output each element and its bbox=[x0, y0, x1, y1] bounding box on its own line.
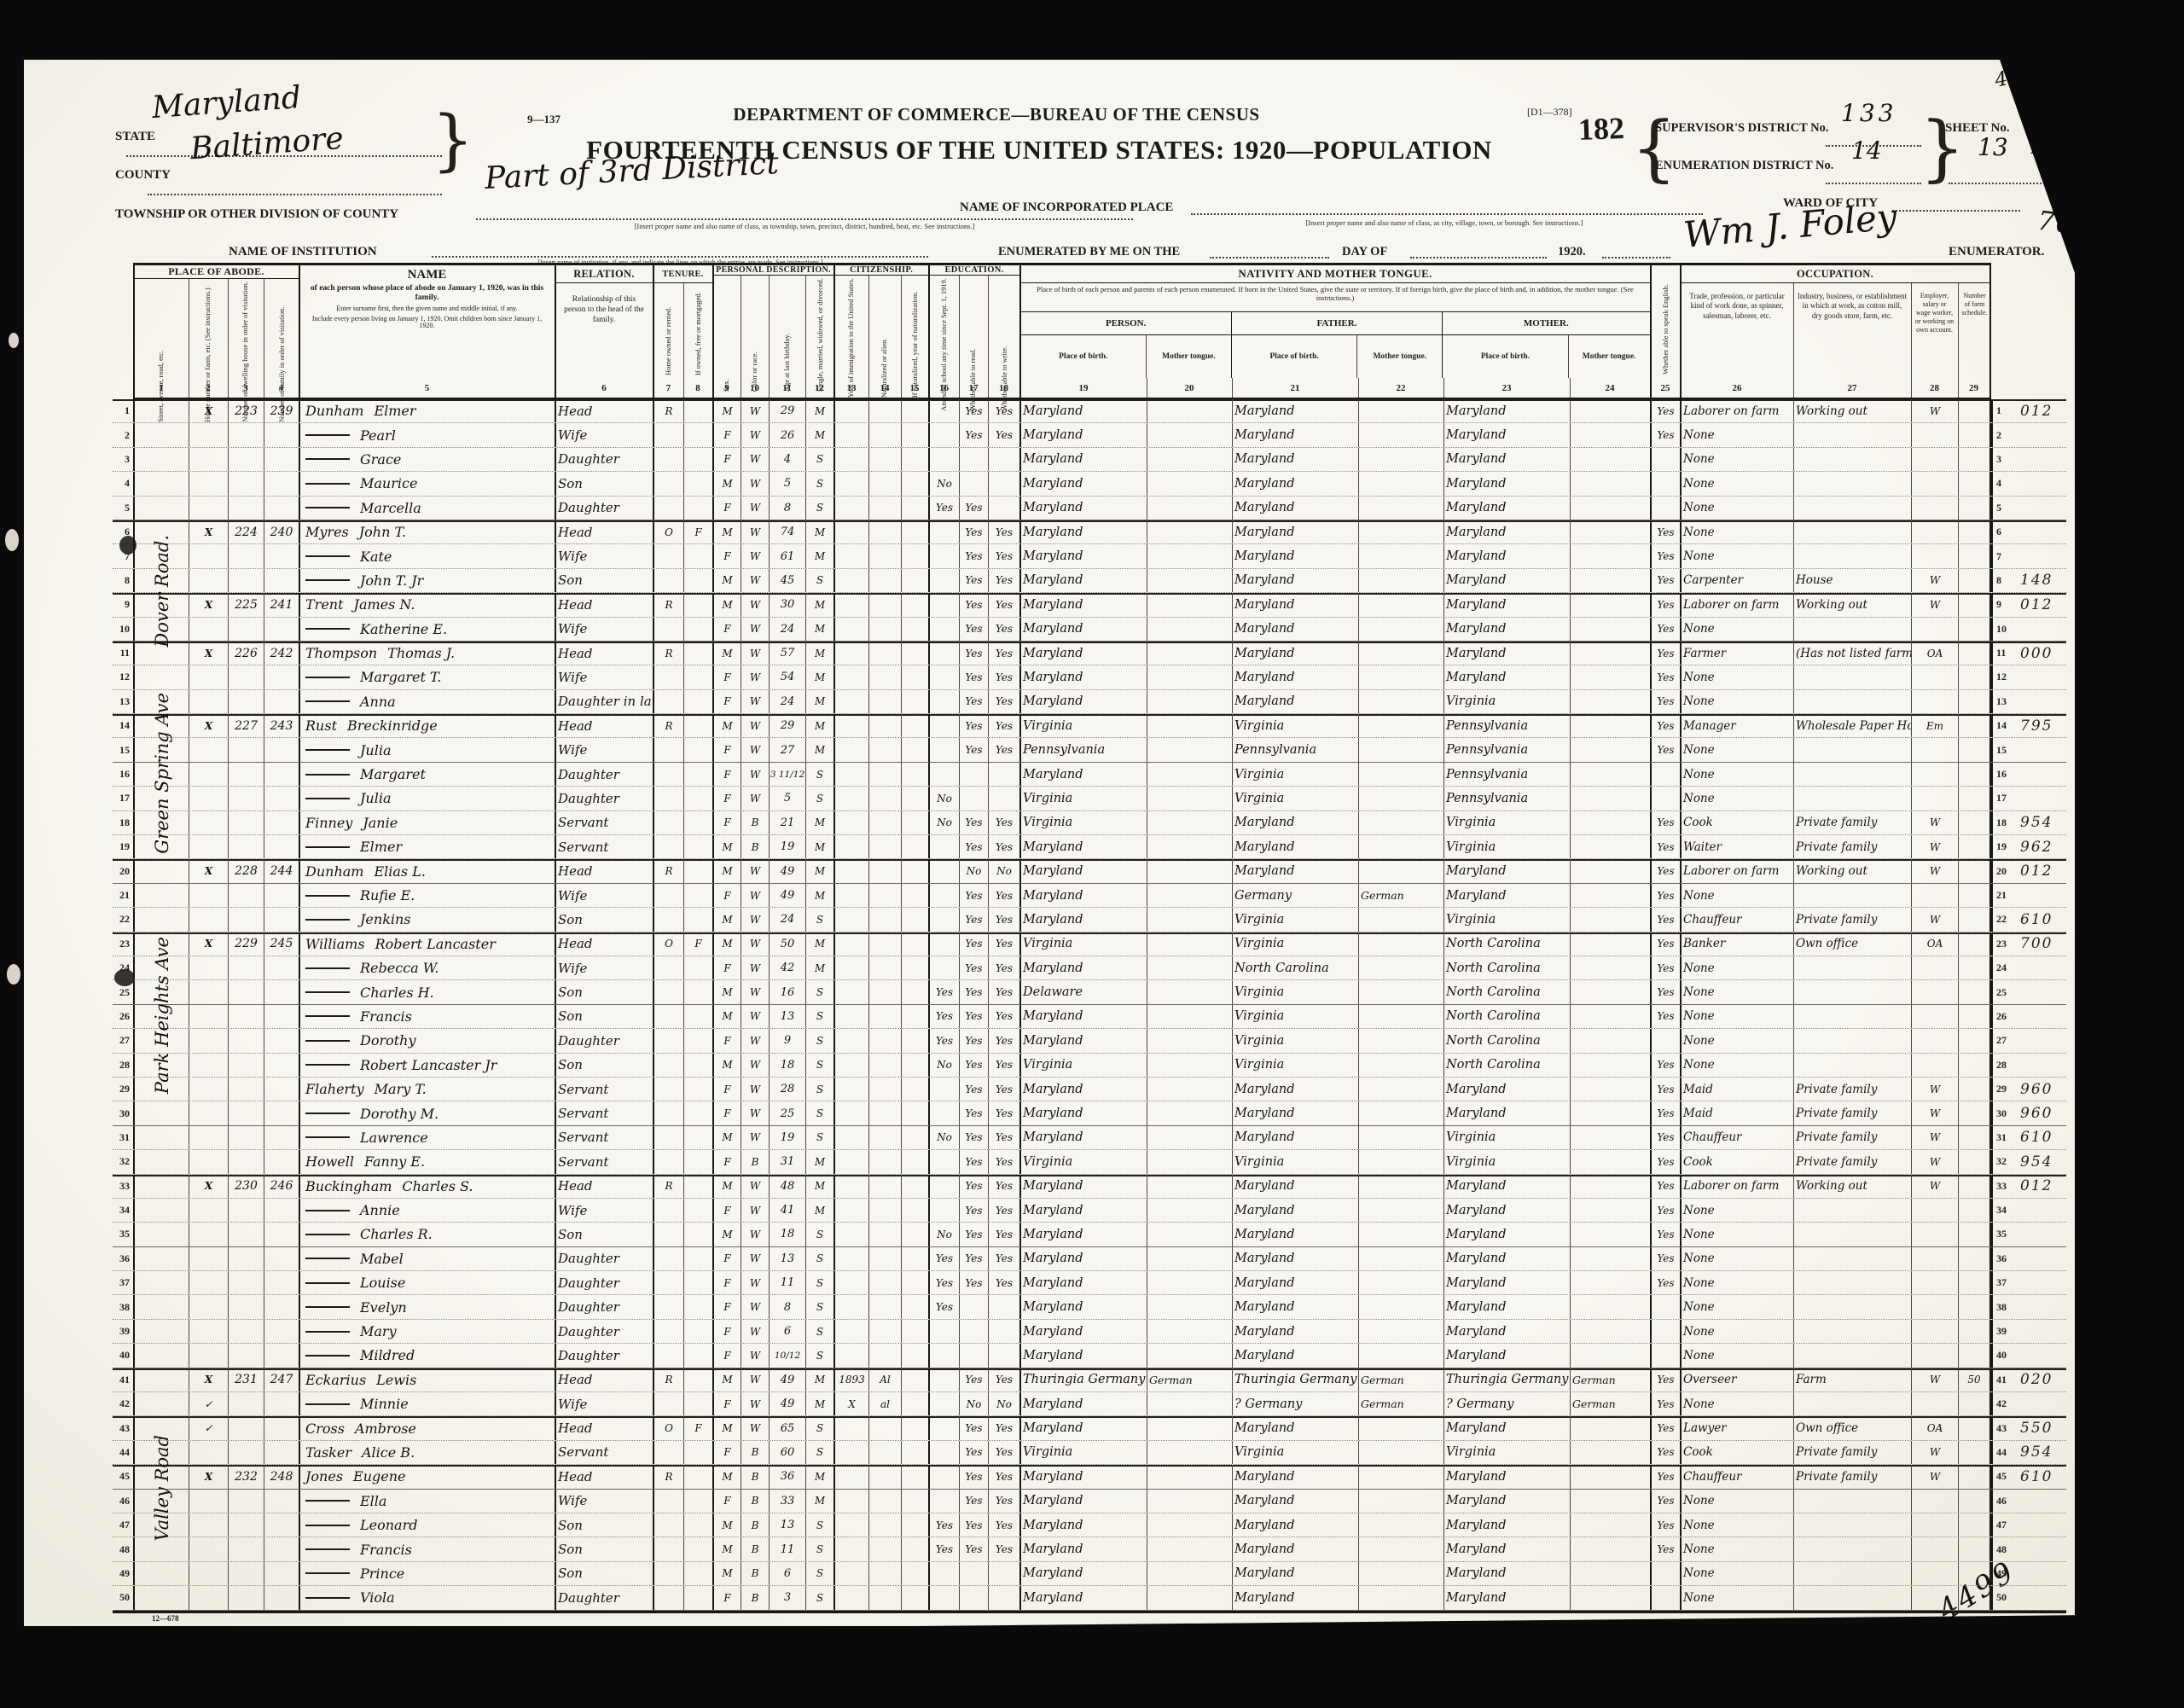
cell-oc: Maid bbox=[1682, 1078, 1794, 1101]
cell-value-rc: W bbox=[750, 502, 760, 514]
cell-sc: Yes bbox=[930, 1295, 960, 1318]
cell-ind bbox=[1794, 1005, 1912, 1028]
cell-value-ind: Working out bbox=[1796, 1179, 1867, 1193]
given-name: Elmer bbox=[360, 839, 402, 855]
line-number-left: 20 bbox=[113, 859, 135, 882]
cell-cl: W bbox=[1912, 569, 1959, 592]
given-name: Mildred bbox=[360, 1347, 415, 1363]
census-row: 25Charles H.SonMW16SYesYesYesDelawareVir… bbox=[113, 980, 2066, 1004]
cell-ag: 18 bbox=[770, 1223, 806, 1246]
cell-fm: 242 bbox=[264, 642, 300, 665]
margin-annotation: 954 bbox=[2013, 811, 2073, 834]
cell-im bbox=[835, 1247, 869, 1270]
cell-fb: Virginia bbox=[1233, 1054, 1359, 1077]
cell-value-ms: M bbox=[815, 526, 825, 538]
cell-rc: W bbox=[741, 1247, 770, 1270]
cell-mtg bbox=[684, 569, 714, 592]
cell-value-pb: Maryland bbox=[1023, 1204, 1083, 1217]
cell-ind: Farm bbox=[1794, 1368, 1912, 1391]
surname: Dunham bbox=[305, 863, 363, 880]
cell-value-rel: Head bbox=[558, 718, 593, 734]
cell-value-mb: Virginia bbox=[1446, 1130, 1496, 1144]
census-row: 3GraceDaughterFW4SMarylandMarylandMaryla… bbox=[113, 448, 2066, 472]
township-value: Part of 3rd District bbox=[484, 146, 780, 196]
cell-value-cl: W bbox=[1930, 841, 1940, 853]
census-row: 35Charles R.SonMW18SNoYesYesMarylandMary… bbox=[113, 1223, 2066, 1246]
incorporated-place-label: NAME OF INCORPORATED PLACE bbox=[960, 200, 1173, 215]
cell-na bbox=[869, 787, 902, 810]
cell-en: Yes bbox=[1652, 1005, 1682, 1028]
cell-pmt bbox=[1147, 932, 1233, 956]
cell-fmt bbox=[1359, 544, 1444, 567]
cell-en: Yes bbox=[1652, 956, 1682, 979]
line-number-right: 16 bbox=[1991, 763, 2013, 786]
cell-pb: Virginia bbox=[1021, 1150, 1147, 1173]
cell-en: Yes bbox=[1652, 908, 1682, 931]
cell-cl: W bbox=[1912, 399, 1959, 422]
cell-ms: M bbox=[806, 665, 835, 688]
cell-mmt bbox=[1571, 1416, 1652, 1439]
cell-oc: Maid bbox=[1682, 1101, 1794, 1124]
cell-value-sx: F bbox=[723, 1083, 730, 1095]
cell-value-rd: Yes bbox=[965, 1035, 982, 1047]
cell-oc: Manager bbox=[1682, 714, 1794, 737]
cell-fmt bbox=[1359, 811, 1444, 834]
cell-pmt bbox=[1147, 884, 1233, 907]
cell-sc bbox=[930, 1586, 960, 1609]
cell-mmt bbox=[1571, 811, 1652, 834]
cell-wr bbox=[989, 763, 1021, 786]
cell-dw bbox=[229, 884, 264, 907]
cell-yr bbox=[902, 1295, 930, 1318]
cell-sx: M bbox=[714, 859, 741, 882]
cell-rel: Daughter bbox=[556, 1247, 654, 1270]
cell-pb: Maryland bbox=[1021, 1175, 1147, 1198]
cell-pb: Maryland bbox=[1021, 1562, 1147, 1585]
census-row: 48FrancisSonMB11SYesYesYesMarylandMaryla… bbox=[113, 1537, 2066, 1561]
cell-ag: 9 bbox=[770, 1029, 806, 1052]
cell-value-mb: Maryland bbox=[1446, 1107, 1507, 1120]
cell-name: Anna bbox=[300, 690, 556, 713]
cell-fb: Maryland bbox=[1233, 665, 1359, 688]
cell-value-pb: Maryland bbox=[1023, 864, 1083, 878]
cell-rd: Yes bbox=[960, 1513, 989, 1537]
cell-oc: None bbox=[1682, 1029, 1794, 1052]
cell-value-sx: F bbox=[723, 769, 730, 781]
cell-value-rd: Yes bbox=[965, 1446, 982, 1458]
cell-pb: Maryland bbox=[1021, 1513, 1147, 1537]
cell-mb: Virginia bbox=[1444, 908, 1571, 931]
cell-fm bbox=[264, 1586, 300, 1609]
cell-rd: Yes bbox=[960, 932, 989, 956]
line-number-right: 15 bbox=[1991, 738, 2013, 761]
cell-en: Yes bbox=[1652, 1054, 1682, 1077]
cell-rc: W bbox=[741, 1223, 770, 1246]
cell-oc: None bbox=[1682, 763, 1794, 786]
cell-rel: Wife bbox=[556, 618, 654, 641]
line-number-right: 27 bbox=[1991, 1029, 2013, 1052]
cell-value-en: Yes bbox=[1657, 914, 1674, 926]
cell-dw bbox=[229, 1126, 264, 1149]
cell-oc: None bbox=[1682, 1199, 1794, 1222]
cell-im bbox=[835, 497, 869, 520]
cell-pb: Maryland bbox=[1021, 1101, 1147, 1124]
cell-value-rel: Daughter bbox=[558, 767, 619, 782]
cell-value-pb: Maryland bbox=[1023, 913, 1083, 927]
state-value: Maryland bbox=[151, 80, 303, 125]
cell-ag: 6 bbox=[770, 1562, 806, 1585]
cell-value-sx: F bbox=[723, 1446, 730, 1458]
cell-value-ms: M bbox=[815, 890, 825, 902]
cell-rc: B bbox=[741, 1441, 770, 1464]
cell-mb: Maryland bbox=[1444, 1199, 1571, 1222]
cell-value-rd: Yes bbox=[965, 1059, 982, 1071]
cell-fm bbox=[264, 448, 300, 471]
col19-label: Place of birth. bbox=[1021, 335, 1147, 378]
cell-mb: Maryland bbox=[1444, 1101, 1571, 1124]
cell-oc: None bbox=[1682, 1392, 1794, 1415]
cell-value-rd: Yes bbox=[965, 841, 982, 853]
cell-value-oc: None bbox=[1683, 549, 1715, 563]
ditto-mark bbox=[305, 1282, 350, 1284]
cell-rd: Yes bbox=[960, 714, 989, 737]
cell-value-cl: W bbox=[1930, 1446, 1940, 1458]
cell-sc bbox=[930, 884, 960, 907]
line-number-left: 15 bbox=[113, 738, 135, 761]
census-row: 46EllaWifeFB33MYesYesMarylandMarylandMar… bbox=[113, 1490, 2066, 1513]
cell-name: Kate bbox=[300, 544, 556, 567]
cell-fm bbox=[264, 1150, 300, 1173]
cell-value-sc: No bbox=[937, 1229, 952, 1240]
cell-value-wr: Yes bbox=[996, 1471, 1013, 1483]
cell-sc bbox=[930, 1562, 960, 1585]
cell-st bbox=[135, 714, 189, 737]
census-row: 31LawrenceServantMW19SNoYesYesMarylandMa… bbox=[113, 1126, 2066, 1150]
cell-sc bbox=[930, 1416, 960, 1439]
cell-rel: Daughter bbox=[556, 1344, 654, 1367]
cell-value-cl: W bbox=[1930, 1374, 1940, 1386]
cell-fa bbox=[1959, 423, 1991, 446]
cell-im bbox=[835, 665, 869, 688]
cell-wr bbox=[989, 1586, 1021, 1609]
cell-hn bbox=[189, 448, 229, 471]
cell-ms: M bbox=[806, 544, 835, 567]
cell-sc bbox=[930, 544, 960, 567]
cell-fm bbox=[264, 1562, 300, 1585]
cell-value-mb: Maryland bbox=[1446, 647, 1507, 660]
cell-mtg bbox=[684, 835, 714, 858]
cell-rel: Servant bbox=[556, 1150, 654, 1173]
line-number-left: 17 bbox=[113, 787, 135, 810]
cell-rd bbox=[960, 1320, 989, 1343]
cell-name: Mary bbox=[300, 1320, 556, 1343]
col2-label: House number or farm, etc. (See instruct… bbox=[204, 282, 212, 422]
cell-value-rel: Wife bbox=[558, 961, 587, 976]
cell-fb: Maryland bbox=[1233, 1344, 1359, 1367]
cell-value-sx: M bbox=[722, 405, 732, 417]
cell-own bbox=[654, 1054, 684, 1077]
cell-value-oc: Chauffeur bbox=[1683, 913, 1741, 927]
cell-en: Yes bbox=[1652, 569, 1682, 592]
cell-dw bbox=[229, 1199, 264, 1222]
cell-value-fb: Maryland bbox=[1234, 477, 1295, 491]
cell-hn bbox=[189, 1223, 229, 1246]
cell-pb: Maryland bbox=[1021, 1247, 1147, 1270]
cell-en bbox=[1652, 1586, 1682, 1609]
cell-ag: 24 bbox=[770, 908, 806, 931]
cell-hn bbox=[189, 763, 229, 786]
cell-name: Katherine E. bbox=[300, 618, 556, 641]
cell-value-oc: None bbox=[1683, 1519, 1715, 1532]
group-speak-english: Whether able to speak English. bbox=[1652, 265, 1682, 378]
cell-pmt bbox=[1147, 1537, 1233, 1560]
given-name: Lewis bbox=[376, 1372, 416, 1388]
cell-value-pb: Virginia bbox=[1023, 816, 1072, 829]
cell-value-ms: M bbox=[815, 841, 825, 853]
cell-rel: Wife bbox=[556, 423, 654, 446]
cell-value-pb: Maryland bbox=[1023, 1349, 1083, 1362]
cell-value-rel: Wife bbox=[558, 621, 587, 636]
cell-rc: W bbox=[741, 544, 770, 567]
cell-value-oc: Manager bbox=[1683, 719, 1736, 733]
cell-value-rc: W bbox=[750, 962, 760, 974]
cell-mmt bbox=[1571, 1078, 1652, 1101]
cell-wr: Yes bbox=[989, 1247, 1021, 1270]
cell-mb: Maryland bbox=[1444, 1175, 1571, 1198]
cell-value-mb: Maryland bbox=[1446, 1470, 1507, 1484]
cell-sc: No bbox=[930, 1126, 960, 1149]
cell-value-rc: W bbox=[750, 1083, 760, 1095]
cell-en: Yes bbox=[1652, 399, 1682, 422]
cell-value-rc: W bbox=[750, 1301, 760, 1313]
cell-value-rd: Yes bbox=[965, 1374, 982, 1386]
cell-im bbox=[835, 399, 869, 422]
cell-ind: Private family bbox=[1794, 835, 1912, 858]
cell-ms: S bbox=[806, 908, 835, 931]
cell-fm bbox=[264, 1513, 300, 1537]
cell-mtg bbox=[684, 448, 714, 471]
census-paper: STATE Maryland COUNTY Baltimore } 9—137 … bbox=[24, 60, 2160, 1626]
cell-cl bbox=[1912, 1490, 1959, 1513]
cell-name: EckariusLewis bbox=[300, 1368, 556, 1391]
given-name: Charles S. bbox=[402, 1178, 473, 1194]
cell-ms: S bbox=[806, 448, 835, 471]
cell-fm bbox=[264, 1078, 300, 1101]
cell-value-pb: Maryland bbox=[1023, 1566, 1083, 1580]
cell-pb: Maryland bbox=[1021, 1126, 1147, 1149]
cell-dw: 227 bbox=[229, 714, 264, 737]
cell-sc bbox=[930, 835, 960, 858]
cell-value-ind: Own office bbox=[1796, 937, 1858, 950]
line-number-left: 44 bbox=[113, 1441, 135, 1464]
cell-ag: 49 bbox=[770, 884, 806, 907]
cell-fa bbox=[1959, 544, 1991, 567]
surname: Myres bbox=[305, 524, 349, 540]
cell-ag: 42 bbox=[770, 956, 806, 979]
cell-rc: W bbox=[741, 1344, 770, 1367]
census-row: 37LouiseDaughterFW11SYesYesYesMarylandMa… bbox=[113, 1271, 2066, 1295]
cell-value-sx: F bbox=[723, 429, 730, 441]
scan-border-bottom bbox=[0, 1626, 2184, 1708]
cell-value-ag: 65 bbox=[781, 1422, 795, 1435]
cell-na bbox=[869, 665, 902, 688]
cell-own: R bbox=[654, 642, 684, 665]
cell-pb: Maryland bbox=[1021, 448, 1147, 471]
cell-own bbox=[654, 1078, 684, 1101]
cell-na bbox=[869, 642, 902, 665]
cell-im bbox=[835, 763, 869, 786]
census-row: 49PrinceSonMB6SMarylandMarylandMarylandN… bbox=[113, 1562, 2066, 1586]
cell-sx: M bbox=[714, 520, 741, 543]
ditto-mark bbox=[305, 1403, 350, 1405]
cell-ag: 11 bbox=[770, 1537, 806, 1560]
cell-value-rc: W bbox=[750, 1107, 760, 1119]
cell-value-fmt: German bbox=[1361, 889, 1404, 902]
cell-na bbox=[869, 1029, 902, 1052]
cell-ind bbox=[1794, 1320, 1912, 1343]
cell-rel: Servant bbox=[556, 835, 654, 858]
cell-value-ag: 6 bbox=[784, 1325, 791, 1338]
cell-value-mb: Maryland bbox=[1446, 549, 1507, 563]
cell-rc: W bbox=[741, 1175, 770, 1198]
cell-sc bbox=[930, 1368, 960, 1391]
cell-pmt bbox=[1147, 1223, 1233, 1246]
cell-hn: X bbox=[189, 859, 229, 882]
cell-ms: S bbox=[806, 1513, 835, 1537]
col12-label: Single, married, widowed, or divorced. bbox=[816, 278, 825, 392]
cell-value-ms: M bbox=[815, 550, 825, 562]
cell-fm: 241 bbox=[264, 593, 300, 616]
cell-value-oc: None bbox=[1683, 1566, 1715, 1580]
cell-fa bbox=[1959, 1416, 1991, 1439]
cell-yr bbox=[902, 1150, 930, 1173]
cell-hn bbox=[189, 1150, 229, 1173]
cell-value-rd: Yes bbox=[965, 1277, 982, 1289]
cell-value-fb: Maryland bbox=[1234, 1276, 1295, 1290]
cell-im bbox=[835, 1562, 869, 1585]
cell-fb: Maryland bbox=[1233, 690, 1359, 713]
cell-rd bbox=[960, 763, 989, 786]
cell-im bbox=[835, 690, 869, 713]
cell-rc: W bbox=[741, 1126, 770, 1149]
cell-value-mb: Pennsylvania bbox=[1446, 768, 1528, 781]
col17-label: Whether able to read. bbox=[969, 278, 978, 411]
cell-value-rc: W bbox=[750, 1277, 760, 1289]
cell-pmt bbox=[1147, 1078, 1233, 1101]
cell-value-ind: Private family bbox=[1796, 1083, 1877, 1096]
cell-value-ag: 19 bbox=[781, 1131, 795, 1144]
cell-value-rel: Son bbox=[558, 985, 583, 1000]
margin-annotation bbox=[2013, 1005, 2073, 1028]
cell-value-en: Yes bbox=[1657, 841, 1674, 853]
cell-en bbox=[1652, 1320, 1682, 1343]
cell-value-en: Yes bbox=[1657, 526, 1674, 538]
cell-dw bbox=[229, 1537, 264, 1560]
cell-ind: Private family bbox=[1794, 1465, 1912, 1488]
cell-st bbox=[135, 1029, 189, 1052]
cell-mmt bbox=[1571, 399, 1652, 422]
cell-im bbox=[835, 472, 869, 495]
cell-value-sc: Yes bbox=[936, 1519, 953, 1531]
ditto-mark bbox=[305, 1210, 350, 1211]
cell-rc: B bbox=[741, 1490, 770, 1513]
cell-name: Grace bbox=[300, 448, 556, 471]
cell-value-ag: 19 bbox=[781, 840, 795, 853]
cell-pmt bbox=[1147, 714, 1233, 737]
cell-en bbox=[1652, 1295, 1682, 1318]
cell-sx: F bbox=[714, 738, 741, 761]
cell-na bbox=[869, 1054, 902, 1077]
line-number-right: 20 bbox=[1991, 859, 2013, 882]
cell-na bbox=[869, 884, 902, 907]
cell-sc bbox=[930, 1392, 960, 1415]
cell-value-sx: F bbox=[723, 816, 730, 828]
cell-pmt bbox=[1147, 472, 1233, 495]
cell-cl: W bbox=[1912, 593, 1959, 616]
cell-en: Yes bbox=[1652, 835, 1682, 858]
cell-fa bbox=[1959, 714, 1991, 737]
cell-own bbox=[654, 1029, 684, 1052]
cell-sx: M bbox=[714, 980, 741, 1003]
cell-value-rc: W bbox=[750, 914, 760, 926]
cell-rc: W bbox=[741, 1368, 770, 1391]
cell-oc: Carpenter bbox=[1682, 569, 1794, 592]
cell-mmt bbox=[1571, 1175, 1652, 1198]
cell-fmt bbox=[1359, 593, 1444, 616]
cell-hn bbox=[189, 423, 229, 446]
census-row: 50ViolaDaughterFB3SMarylandMarylandMaryl… bbox=[113, 1586, 2066, 1610]
county-label: COUNTY bbox=[115, 168, 171, 183]
line-number-left: 22 bbox=[113, 908, 135, 931]
cell-sc bbox=[930, 1150, 960, 1173]
margin-annotation: 148 bbox=[2013, 569, 2073, 592]
cell-value-ms: S bbox=[816, 502, 823, 514]
cell-fb: Maryland bbox=[1233, 859, 1359, 882]
cell-fmt bbox=[1359, 423, 1444, 446]
cell-value-oc: Cook bbox=[1683, 816, 1713, 829]
census-row: 44TaskerAlice B.ServantFB60SYesYesVirgin… bbox=[113, 1441, 2066, 1465]
margin-annotation: 550 bbox=[2013, 1416, 2073, 1439]
cell-oc: Laborer on farm bbox=[1682, 593, 1794, 616]
cell-value-rd: Yes bbox=[965, 1422, 982, 1434]
cell-value-ms: M bbox=[815, 744, 825, 756]
cell-value-sx: M bbox=[722, 1471, 732, 1483]
cell-hn bbox=[189, 1537, 229, 1560]
margin-annotation bbox=[2013, 423, 2073, 446]
cell-value-rel: Son bbox=[558, 1008, 583, 1024]
cell-rel: Servant bbox=[556, 1441, 654, 1464]
cell-value-wr: Yes bbox=[996, 671, 1013, 683]
cell-pmt bbox=[1147, 1005, 1233, 1028]
cell-name: Elmer bbox=[300, 835, 556, 858]
margin-annotation bbox=[2013, 520, 2073, 543]
cell-value-na: Al bbox=[880, 1374, 891, 1386]
cell-value-ms: S bbox=[816, 1592, 823, 1604]
cell-pmt bbox=[1147, 1416, 1233, 1439]
township-label: TOWNSHIP OR OTHER DIVISION OF COUNTY bbox=[115, 207, 398, 222]
cell-st bbox=[135, 1247, 189, 1270]
cell-na bbox=[869, 1101, 902, 1124]
cell-rd: Yes bbox=[960, 1078, 989, 1101]
cell-mmt bbox=[1571, 1465, 1652, 1488]
cell-fb: Maryland bbox=[1233, 1320, 1359, 1343]
cell-mtg bbox=[684, 1392, 714, 1415]
cell-value-sx: F bbox=[723, 1156, 730, 1168]
cell-value-ind: (Has not listed farm) bbox=[1796, 647, 1912, 660]
cell-ms: M bbox=[806, 642, 835, 665]
cell-pb: Maryland bbox=[1021, 690, 1147, 713]
cell-value-mb: Maryland bbox=[1446, 1519, 1507, 1532]
